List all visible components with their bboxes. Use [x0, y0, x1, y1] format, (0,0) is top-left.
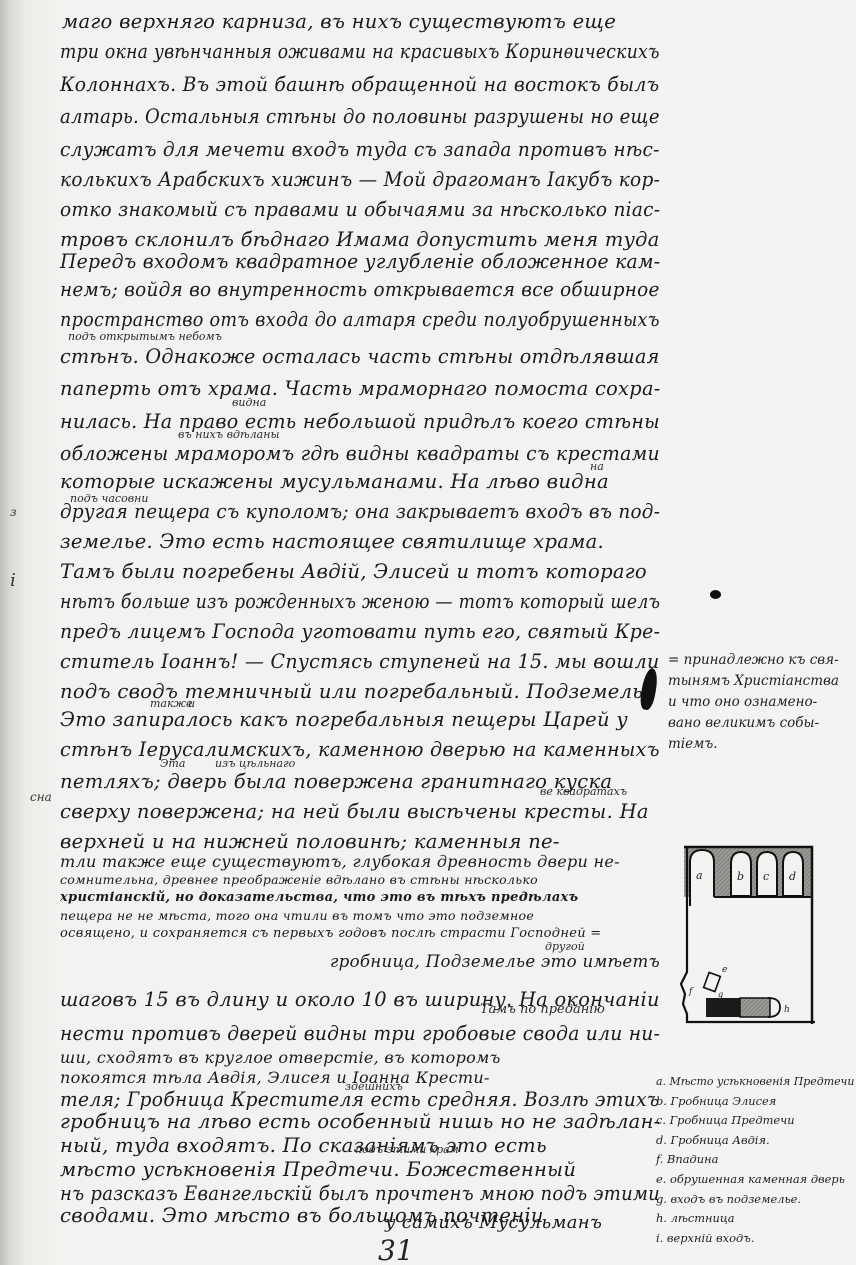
margin-note-line: и что оно ознамено-: [668, 692, 854, 713]
text-line: обложены мраморомъ гдѣ видны квадраты съ…: [60, 442, 660, 465]
insertion-note: видна: [232, 396, 266, 409]
text-line: освящено, и сохраняется съ первыхъ годов…: [60, 926, 602, 941]
text-line: алтарь. Остальныя стѣны до половины разр…: [60, 105, 660, 128]
insertion-note: на: [590, 460, 604, 473]
margin-mark: сна: [30, 790, 52, 804]
margin-note-line: вано великимъ собы-: [668, 713, 854, 734]
legend-item: e. обрушенная каменная дверь: [656, 1170, 854, 1190]
legend-item: d. Гробница Авдія.: [656, 1131, 854, 1151]
text-line: христіанскій, но доказательства, что это…: [60, 890, 578, 905]
svg-text:a: a: [696, 869, 703, 882]
svg-text:b: b: [737, 870, 744, 883]
margin-note-line: тіемъ.: [668, 734, 854, 755]
margin-mark: і: [10, 570, 16, 591]
text-line: стѣнъ. Однакоже осталась часть стѣны отд…: [60, 345, 660, 368]
floor-plan-icon: a b c d e f g h i: [680, 844, 820, 1024]
text-line: петляхъ; дверь была повержена гранитнаго…: [60, 770, 612, 793]
text-line-closing: у самихъ Мусульманъ: [385, 1212, 602, 1233]
insertion-note: также: [150, 697, 193, 710]
text-line: пещера не не мѣста, того она чтили въ то…: [60, 908, 534, 923]
text-line: нести противъ дверей видны три гробовые …: [60, 1022, 660, 1045]
insertion-note: Тамъ по преданію: [480, 1002, 605, 1017]
text-line: Тамъ были погребены Авдій, Элисей и тотъ…: [60, 560, 647, 583]
insertion-note: ве квадратахъ: [540, 785, 627, 798]
text-line: отко знакомый съ правами и обычаями за н…: [60, 198, 660, 221]
svg-text:h: h: [784, 1005, 790, 1015]
text-line: немъ; войдя во внутренность открывается …: [60, 278, 660, 301]
text-line: нѣтъ больше изъ рожденныхъ женою — тотъ …: [60, 590, 660, 613]
insertion-note: подъ часовни: [70, 492, 148, 505]
text-line: гробница, Подземелье это имѣетъ: [330, 952, 660, 972]
margin-note-line: = принадлежно къ свя-: [668, 650, 854, 671]
insertion-note: другой: [545, 940, 585, 953]
floor-plan-diagram: a b c d e f g h i: [680, 844, 820, 1028]
svg-text:g: g: [718, 990, 723, 999]
insertion-note: подъ открытымъ небомъ: [68, 330, 222, 343]
text-line: ный, туда входятъ. По сказаніямъ это ест…: [60, 1134, 547, 1157]
insertion-note: Эта: [160, 757, 185, 770]
text-line: Это запиралось какъ погребальныя пещеры …: [60, 708, 628, 731]
text-line: мѣсто усѣкновенія Предтечи. Божественный: [60, 1158, 576, 1181]
text-line: предъ лицемъ Господа уготовати путь его,…: [60, 620, 660, 643]
manuscript-page: маго верхняго карниза, въ нихъ существую…: [0, 0, 856, 1265]
legend-item: h. лѣстница: [656, 1209, 854, 1229]
insertion-note: здешнихъ: [345, 1080, 403, 1093]
legend-item: f. Впадина: [656, 1150, 854, 1170]
margin-note: = принадлежно къ свя- тынямъ Христіанств…: [668, 650, 854, 755]
text-line: нъ разсказъ Евангельскій былъ прочтенъ м…: [60, 1182, 660, 1205]
ink-blot: [710, 590, 721, 599]
text-line: ши, сходятъ въ круглое отверстіе, въ кот…: [60, 1048, 501, 1067]
insertion-note: и: [188, 697, 195, 710]
text-line: нилась. На право есть небольшой придѣлъ …: [60, 410, 660, 433]
text-line: сверху повержена; на ней были высѣчены к…: [60, 800, 649, 823]
legend-item: i. верхній входъ.: [656, 1229, 854, 1249]
text-line: Колоннахъ. Въ этой башнѣ обращенной на в…: [60, 73, 659, 96]
text-line: маго верхняго карниза, въ нихъ существую…: [62, 10, 616, 33]
svg-text:f: f: [688, 987, 694, 997]
text-line: пространство отъ входа до алтаря среди п…: [60, 308, 660, 331]
text-line: служатъ для мечети входъ туда съ запада …: [60, 138, 660, 161]
text-line: три окна увѣнчанныя оживами на красивыхъ…: [60, 40, 660, 63]
legend-item: c. Гробница Предтечи: [656, 1111, 854, 1131]
text-line: тровъ склонилъ бѣднаго Имама допустить м…: [60, 228, 660, 251]
margin-note-line: тынямъ Христіанства: [668, 671, 854, 692]
insertion-note: подъ этими храм: [355, 1143, 459, 1156]
legend-item: b. Гробница Элисея: [656, 1092, 854, 1112]
svg-text:c: c: [763, 870, 769, 883]
text-line: сомнительна, древнее преображеніе вдѣлан…: [60, 872, 538, 887]
text-line: Передъ входомъ квадратное углубленіе обл…: [60, 250, 660, 273]
text-line: паперть отъ храма. Часть мраморнаго помо…: [60, 377, 661, 400]
text-line: другая пещера съ куполомъ; она закрывает…: [60, 500, 660, 523]
legend-item: a. Мѣсто усѣкновенія Предтечи: [656, 1072, 846, 1092]
plan-legend: a. Мѣсто усѣкновенія Предтечи b. Гробниц…: [656, 1072, 856, 1248]
ink-blot: [638, 667, 659, 711]
insertion-note: изъ цѣльнаго: [215, 757, 295, 770]
text-line: покоятся тѣла Авдія, Элисея и Іоанна Кре…: [60, 1068, 490, 1087]
text-line: гробницъ на лѣво есть особенный нишь но …: [60, 1110, 661, 1133]
insertion-note: въ нихъ вдѣланы: [178, 428, 279, 441]
text-line: земелье. Это есть настоящее святилище хр…: [60, 530, 604, 553]
page-number: 31: [378, 1234, 414, 1265]
text-line: колькихъ Арабскихъ хижинъ — Мой драгоман…: [60, 168, 660, 191]
text-line: стѣнъ Іерусалимскихъ, каменною дверью на…: [60, 738, 660, 761]
text-line: которые искажены мусульманами. На лѣво в…: [60, 470, 609, 493]
svg-text:e: e: [722, 965, 727, 975]
text-line: тли также еще существуютъ, глубокая древ…: [60, 852, 620, 871]
svg-text:d: d: [789, 870, 796, 883]
margin-mark: з: [10, 505, 17, 519]
text-line: верхней и на нижней половинѣ; каменныя п…: [60, 830, 560, 853]
legend-item: g. входъ въ подземелье.: [656, 1190, 854, 1210]
text-line: ститель Іоаннъ! — Спустясь ступеней на 1…: [60, 650, 659, 673]
